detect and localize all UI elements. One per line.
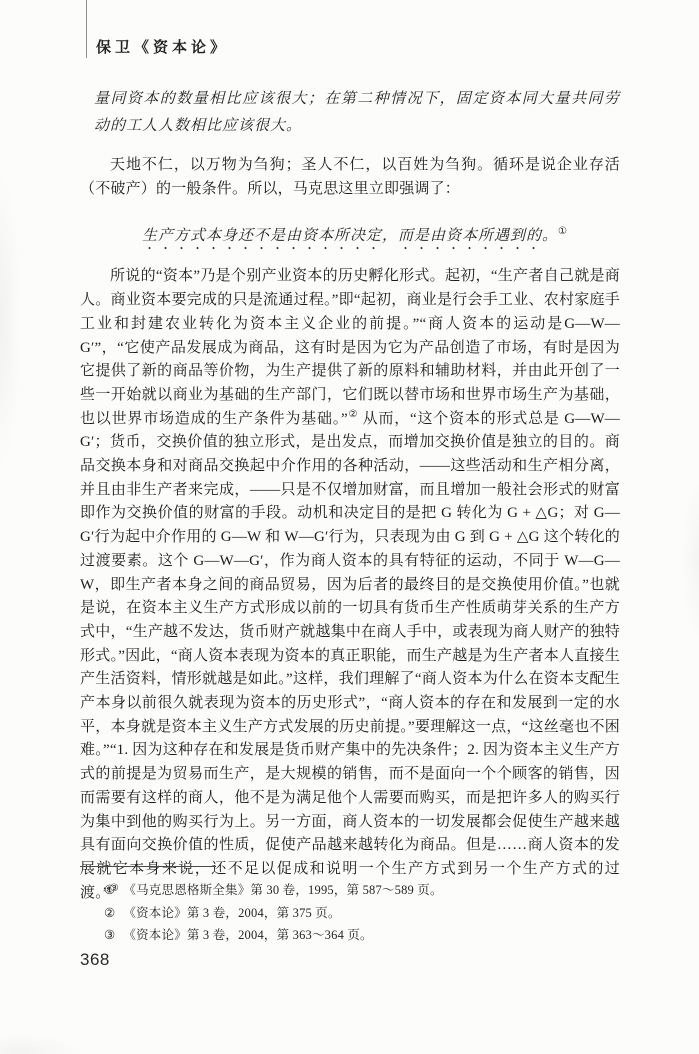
paragraph-main: 所说的“资本”乃是个别产业资本的历史孵化形式。起初，“生产者自己就是商人。商业资…	[80, 265, 620, 905]
emphasized-quote-text: 生产方式本身还不是由资本所决定，而是由资本所遇到的。	[142, 228, 558, 244]
footnote-ref: ①	[558, 226, 567, 237]
emphasized-quote: 生产方式本身还不是由资本所决定，而是由资本所遇到的。①	[80, 219, 620, 253]
header-rule	[86, 0, 87, 58]
book-page: 保卫《资本论》 量同资本的数量相比应该很大；在第二种情况下，固定资本同大量共同劳…	[0, 0, 699, 1054]
page-content: 量同资本的数量相比应该很大；在第二种情况下，固定资本同大量共同劳动的工人人数相比…	[80, 86, 620, 905]
paragraph-intro: 天地不仁，以万物为刍狗；圣人不仁，以百姓为刍狗。循环是说企业存活（不破产）的一般…	[80, 154, 620, 201]
footnote-item: ②《资本论》第 3 卷，2004，第 375 页。	[80, 902, 620, 925]
footnote-item: ①《马克思恩格斯全集》第 30 卷，1995，第 587～589 页。	[80, 879, 620, 902]
footnote-ref: ②	[348, 409, 358, 420]
running-head: 保卫《资本论》	[96, 38, 229, 58]
footnote-text: 《马克思恩格斯全集》第 30 卷，1995，第 587～589 页。	[123, 883, 442, 897]
footnote-marker: ③	[104, 928, 115, 942]
footnote-text: 《资本论》第 3 卷，2004，第 375 页。	[123, 906, 340, 920]
footnote-marker: ①	[104, 883, 115, 897]
footnote-divider	[80, 866, 216, 867]
block-quote: 量同资本的数量相比应该很大；在第二种情况下，固定资本同大量共同劳动的工人人数相比…	[80, 86, 620, 140]
footnote-item: ③《资本论》第 3 卷，2004，第 363～364 页。	[80, 924, 620, 947]
footnote-section: ①《马克思恩格斯全集》第 30 卷，1995，第 587～589 页。 ②《资本…	[80, 866, 620, 947]
footnote-list: ①《马克思恩格斯全集》第 30 卷，1995，第 587～589 页。 ②《资本…	[80, 879, 620, 947]
footnote-marker: ②	[104, 906, 115, 920]
page-number: 368	[80, 950, 110, 970]
footnote-text: 《资本论》第 3 卷，2004，第 363～364 页。	[123, 928, 372, 942]
